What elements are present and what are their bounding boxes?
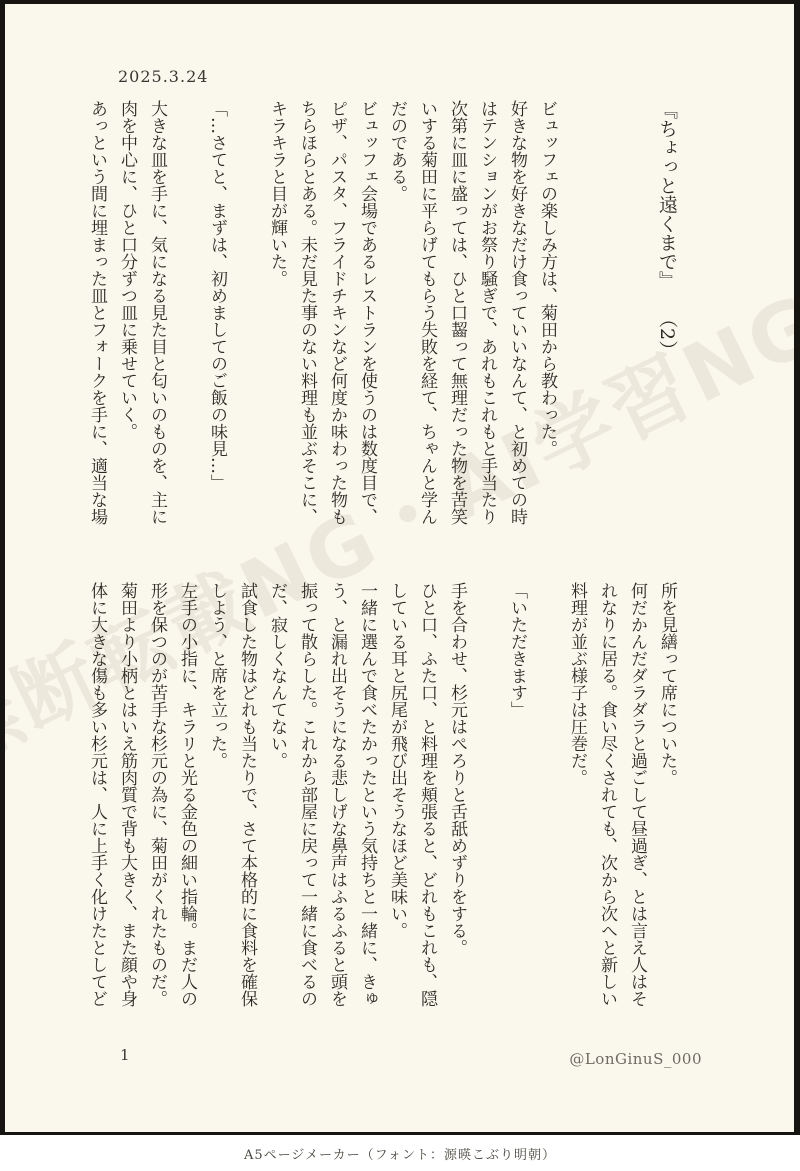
text-column	[532, 582, 562, 1064]
author-handle: @LonGinuS_000	[569, 1050, 702, 1068]
text-column: キラキラと目が輝いた。	[262, 100, 292, 582]
text-column: している耳と尻尾が飛び出そうなほど美味い。	[382, 582, 412, 1064]
generator-caption: A5ページメーカー（フォント：源暎こぶり明朝）	[244, 1144, 556, 1163]
story-title: 『ちょっと遠くまで』 （2）	[652, 100, 682, 582]
text-column: 左手の小指に、キラリと光る金色の細い指輪。まだ人の	[172, 582, 202, 1064]
date-label: 2025.3.24	[118, 67, 208, 86]
text-column	[472, 582, 502, 1064]
text-column: ビュッフェの楽しみ方は、菊田から教わった。	[532, 100, 562, 582]
text-column: 試食した物はどれも当たりで、さて本格的に食料を確保	[232, 582, 262, 1064]
text-column: 次第に皿に盛っては、ひと口齧って無理だった物を苦笑	[442, 100, 472, 582]
text-column: 振って散らした。これから部屋に戻って一緒に食べるの	[292, 582, 322, 1064]
text-column: 所を見繕って席についた。	[652, 582, 682, 1064]
text-column: 大きな皿を手に、気になる見た目と匂いのものを、主に	[142, 100, 172, 582]
text-column: だのである。	[382, 100, 412, 582]
text-column	[592, 100, 622, 582]
text-column: 肉を中心に、ひと口分ずつ皿に乗せていく。	[112, 100, 142, 582]
text-column	[232, 100, 262, 582]
screenshot-root: { "page": { "date": "2025.3.24", "title"…	[0, 0, 800, 1171]
text-column: あっという間に埋まった皿とフォークを手に、適当な場	[82, 100, 112, 582]
text-column: ビュッフェ会場であるレストランを使うのは数度目で、	[352, 100, 382, 582]
text-column: はテンションがお祭り騒ぎで、あれもこれもと手当たり	[472, 100, 502, 582]
text-column: 体に大きな傷も多い杉元は、人に上手く化けたとしてど	[82, 582, 112, 1064]
text-band-top: 『ちょっと遠くまで』 （2） ビュッフェの楽しみ方は、菊田から教わった。好きな物…	[82, 100, 682, 582]
text-column: しよう、と席を立った。	[202, 582, 232, 1064]
text-column: ひと口、ふた口、と料理を頬張ると、どれもこれも、隠	[412, 582, 442, 1064]
text-column: 「…さてと、まずは、初めましてのご飯の味見…」	[202, 100, 232, 582]
text-column	[172, 100, 202, 582]
manuscript-page: 無断転載NG・AI学習NG 2025.3.24 『ちょっと遠くまで』 （2） ビ…	[0, 0, 800, 1135]
text-column: 何だかんだダラダラと過ごして昼過ぎ、とは言え人はそ	[622, 582, 652, 1064]
text-column: 一緒に選んで食べたかったという気持ちと一緒に、きゅ	[352, 582, 382, 1064]
text-column: いする菊田に平らげてもらう失敗を経て、ちゃんと学ん	[412, 100, 442, 582]
text-column: 好きな物を好きなだけ食っていいなんて、と初めての時	[502, 100, 532, 582]
text-column: 形を保つのが苦手な杉元の為に、菊田がくれたものだ。	[142, 582, 172, 1064]
text-column: ピザ、パスタ、フライドチキンなど何度か味わった物も	[322, 100, 352, 582]
text-column: 菊田より小柄とはいえ筋肉質で背も大きく、また顔や身	[112, 582, 142, 1064]
text-column: れなりに居る。食い尽くされても、次から次へと新しい	[592, 582, 622, 1064]
text-column	[622, 100, 652, 582]
text-column: 手を合わせ、杉元はぺろりと舌舐めずりをする。	[442, 582, 472, 1064]
text-column: 料理が並ぶ様子は圧巻だ。	[562, 582, 592, 1064]
text-column: 「いただきます」	[502, 582, 532, 1064]
text-column: う、と漏れ出そうになる悲しげな鼻声はふるふると頭を	[322, 582, 352, 1064]
text-column: だ、寂しくなんてない。	[262, 582, 292, 1064]
page-number: 1	[120, 1046, 130, 1064]
text-column	[562, 100, 592, 582]
text-band-bottom: 所を見繕って席についた。何だかんだダラダラと過ごして昼過ぎ、とは言え人はそれなり…	[82, 582, 682, 1064]
text-column: ちらほらとある。未だ見た事のない料理も並ぶそこに、	[292, 100, 322, 582]
footer-caption-strip: A5ページメーカー（フォント：源暎こぶり明朝）	[0, 1135, 800, 1171]
